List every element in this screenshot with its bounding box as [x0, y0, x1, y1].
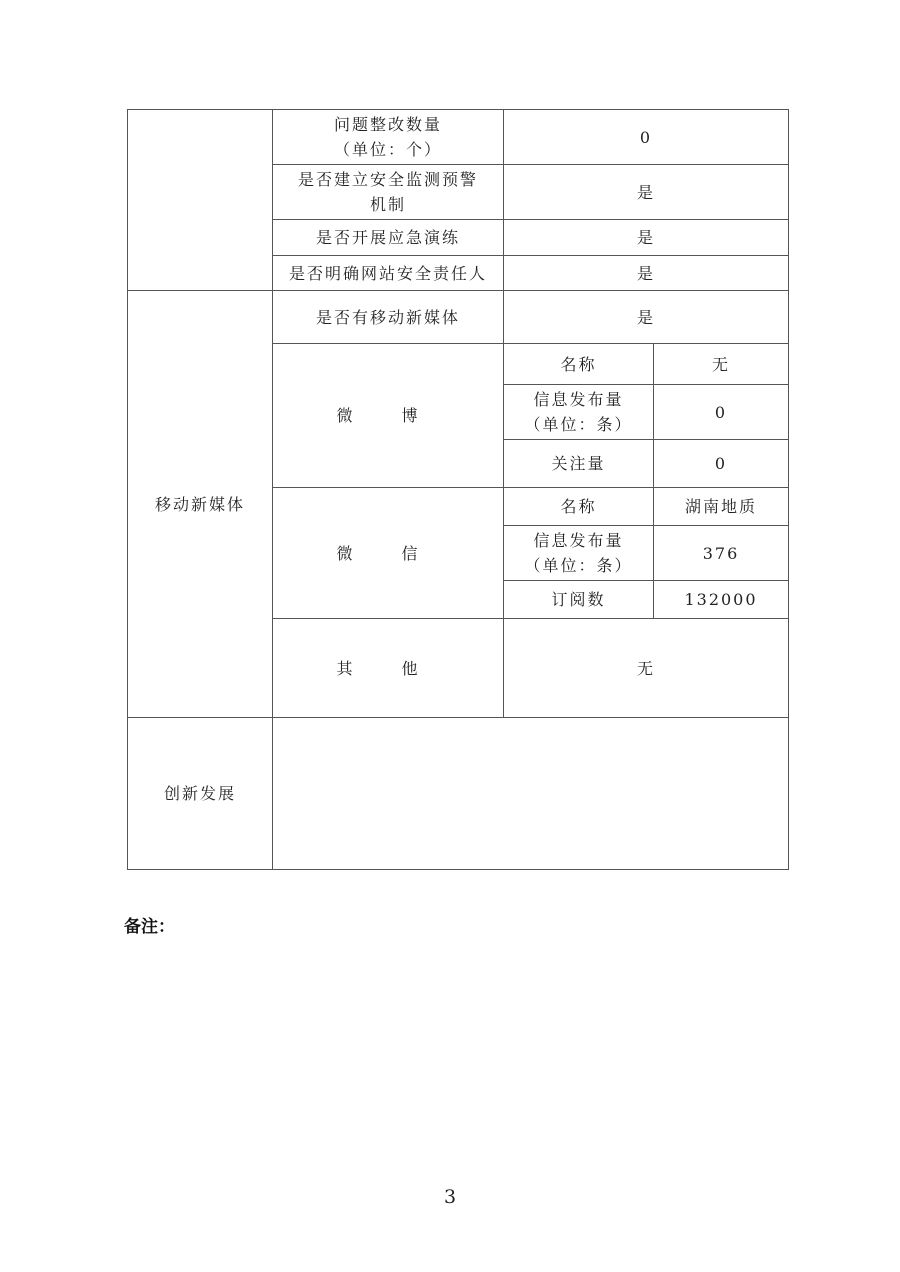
wechat-name-value: 湖南地质: [654, 488, 788, 525]
label-line: （单位：条）: [524, 412, 632, 437]
emergency-drill-label: 是否开展应急演练: [273, 220, 503, 255]
weibo-name-label: 名称: [504, 344, 653, 384]
wechat-subscribers-value: 132000: [654, 581, 788, 618]
security-owner-value: 是: [504, 256, 788, 290]
label-line: 问题整改数量: [334, 112, 442, 137]
wechat-name-label: 名称: [504, 488, 653, 525]
label-line: 信息发布量: [533, 528, 623, 553]
monitoring-mechanism-value: 是: [504, 165, 788, 219]
label-line: （单位：条）: [524, 553, 632, 578]
wechat-posts-value: 376: [654, 526, 788, 580]
label-line: 机制: [370, 192, 406, 217]
issue-fix-count-label: 问题整改数量 （单位：个）: [273, 110, 503, 164]
security-owner-label: 是否明确网站安全责任人: [273, 256, 503, 290]
weibo-posts-label: 信息发布量 （单位：条）: [504, 385, 653, 439]
report-table: 问题整改数量 （单位：个） 0 是否建立安全监测预警 机制 是 是否开展应急演练…: [127, 109, 789, 870]
emergency-drill-value: 是: [504, 220, 788, 255]
note-label: 备注：: [124, 912, 175, 937]
weibo-posts-value: 0: [654, 385, 788, 439]
other-media-value: 无: [504, 619, 788, 717]
weibo-followers-label: 关注量: [504, 440, 653, 487]
wechat-label: 微 信: [273, 488, 503, 618]
label-line: （单位：个）: [334, 137, 442, 162]
wechat-posts-label: 信息发布量 （单位：条）: [504, 526, 653, 580]
weibo-label: 微 博: [273, 344, 503, 487]
weibo-followers-value: 0: [654, 440, 788, 487]
page-number: 3: [0, 1186, 900, 1208]
innovation-value: [273, 718, 788, 869]
label-line: 信息发布量: [533, 387, 623, 412]
wechat-subscribers-label: 订阅数: [504, 581, 653, 618]
other-media-label: 其 他: [273, 619, 503, 717]
label-line: 是否建立安全监测预警: [298, 167, 478, 192]
monitoring-mechanism-label: 是否建立安全监测预警 机制: [273, 165, 503, 219]
table-border-bottom: [127, 869, 789, 870]
has-mobile-media-value: 是: [504, 291, 788, 343]
issue-fix-count-value: 0: [504, 110, 788, 164]
innovation-category: 创新发展: [128, 718, 272, 869]
table-border-right: [788, 109, 789, 870]
weibo-name-value: 无: [654, 344, 788, 384]
has-mobile-media-label: 是否有移动新媒体: [273, 291, 503, 343]
mobile-media-category: 移动新媒体: [128, 291, 272, 717]
